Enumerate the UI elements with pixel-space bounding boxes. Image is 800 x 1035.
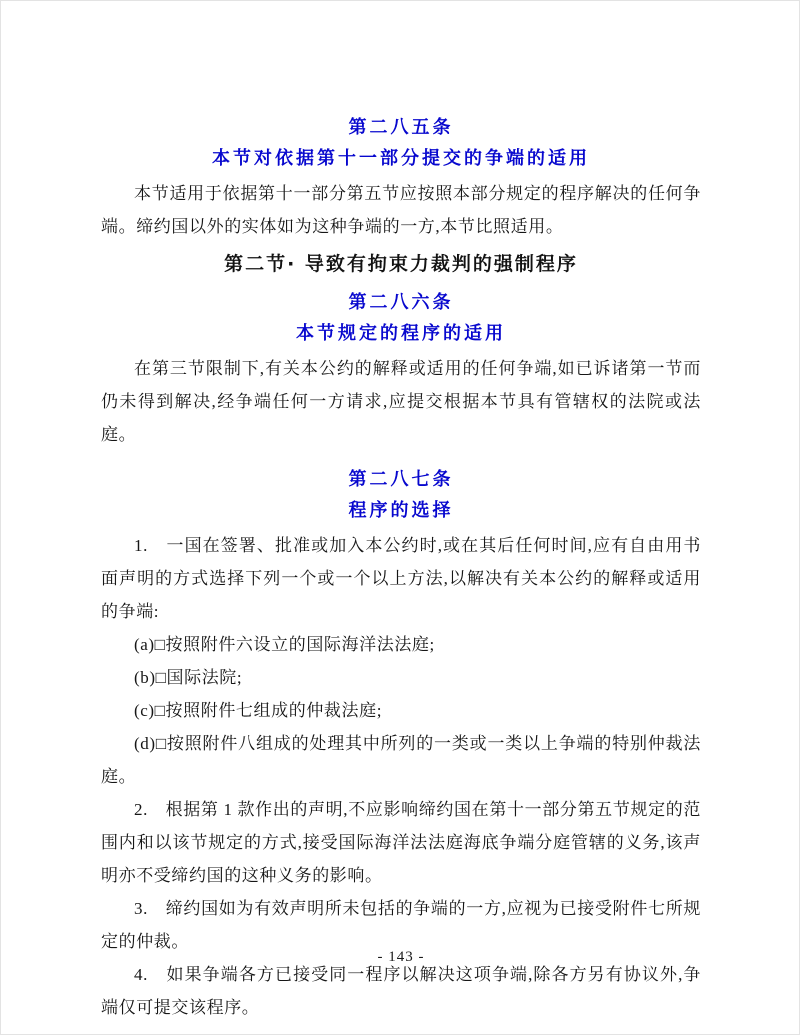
- article-287-option-d: (d)□按照附件八组成的处理其中所列的一类或一类以上争端的特别仲裁法庭。: [101, 727, 701, 793]
- section-2-heading: 第二节· 导致有拘束力裁判的强制程序: [101, 254, 701, 274]
- document-page: 第二八五条 本节对依据第十一部分提交的争端的适用 本节适用于依据第十一部分第五节…: [0, 0, 800, 1035]
- article-287-option-b: (b)□国际法院;: [101, 661, 701, 694]
- article-285-body-paragraph: 本节适用于依据第十一部分第五节应按照本部分规定的程序解决的任何争端。缔约国以外的…: [101, 177, 701, 243]
- article-285-title-heading: 本节对依据第十一部分提交的争端的适用: [101, 149, 701, 168]
- article-287-title-heading: 程序的选择: [101, 501, 701, 520]
- article-286-title-heading: 本节规定的程序的适用: [101, 324, 701, 343]
- article-286-number-heading: 第二八六条: [101, 293, 701, 312]
- document-content: 第二八五条 本节对依据第十一部分提交的争端的适用 本节适用于依据第十一部分第五节…: [101, 118, 701, 1024]
- article-287-option-a: (a)□按照附件六设立的国际海洋法法庭;: [101, 628, 701, 661]
- article-287-option-c: (c)□按照附件七组成的仲裁法庭;: [101, 694, 701, 727]
- article-287-number-heading: 第二八七条: [101, 470, 701, 489]
- article-286-body-paragraph: 在第三节限制下,有关本公约的解释或适用的任何争端,如已诉诸第一节而仍未得到解决,…: [101, 352, 701, 451]
- page-number-footer: - 143 -: [1, 949, 800, 966]
- article-287-paragraph-1: 1. 一国在签署、批准或加入本公约时,或在其后任何时间,应有自由用书面声明的方式…: [101, 529, 701, 628]
- article-285-number-heading: 第二八五条: [101, 118, 701, 137]
- article-287-paragraph-4: 4. 如果争端各方已接受同一程序以解决这项争端,除各方另有协议外,争端仅可提交该…: [101, 958, 701, 1024]
- article-287-paragraph-2: 2. 根据第 1 款作出的声明,不应影响缔约国在第十一部分第五节规定的范围内和以…: [101, 793, 701, 892]
